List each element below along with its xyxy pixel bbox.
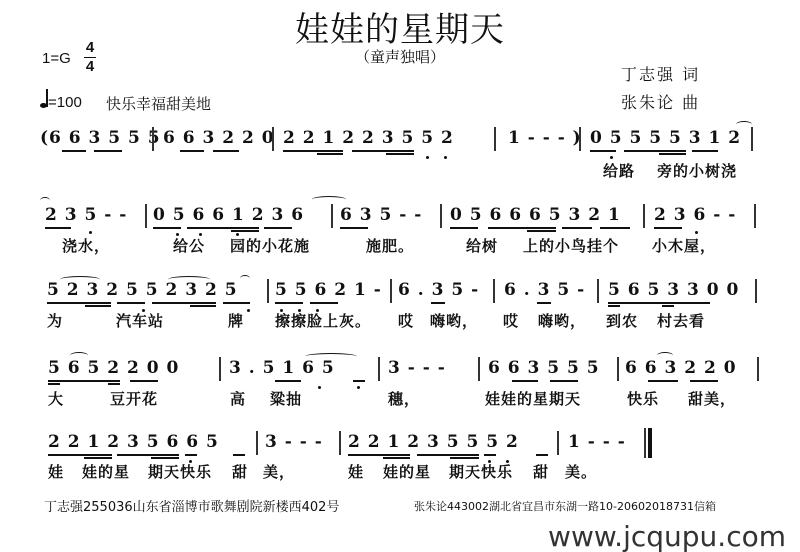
underline bbox=[85, 305, 111, 307]
lyric: 快乐 bbox=[627, 388, 659, 409]
underline bbox=[536, 454, 548, 456]
underline bbox=[153, 227, 181, 229]
lyric: 园的小花施 bbox=[230, 235, 310, 256]
low-octave-dot bbox=[610, 156, 613, 159]
lyric: 甜 bbox=[232, 461, 248, 482]
expression-marking: 快乐幸福甜美地 bbox=[106, 93, 211, 114]
underline bbox=[213, 150, 239, 152]
lyric: 哎 bbox=[503, 310, 519, 331]
lyric: 到农 bbox=[606, 310, 638, 331]
lyric: 穗， bbox=[388, 388, 420, 409]
final-barline-thin bbox=[644, 428, 646, 458]
underline bbox=[233, 454, 245, 456]
lyric: 给路 bbox=[603, 160, 635, 181]
underline bbox=[386, 153, 414, 155]
low-octave-dot bbox=[89, 231, 92, 234]
barline bbox=[579, 127, 581, 151]
key-signature: 1=G bbox=[42, 50, 71, 67]
tempo-marking: =100 bbox=[40, 93, 82, 111]
tie bbox=[305, 353, 357, 360]
lyric: 美， bbox=[263, 461, 295, 482]
underline bbox=[431, 302, 445, 304]
barline bbox=[219, 357, 221, 381]
lyric: 旁的小树浇 bbox=[657, 160, 737, 181]
lyric: 娃 bbox=[348, 461, 364, 482]
barline bbox=[339, 431, 341, 455]
underline bbox=[562, 227, 592, 229]
low-octave-dot bbox=[247, 309, 250, 312]
measure-notes: 0 5 5 5 5 3 1 2 bbox=[590, 128, 741, 148]
underline bbox=[340, 227, 368, 229]
underline bbox=[264, 227, 292, 229]
tie bbox=[168, 276, 210, 283]
underline bbox=[275, 380, 301, 382]
lyric: 粱抽 bbox=[270, 388, 302, 409]
lyric: 为 bbox=[47, 310, 63, 331]
underline bbox=[187, 227, 259, 229]
barline bbox=[378, 357, 380, 381]
underline bbox=[550, 380, 578, 382]
low-octave-dot bbox=[426, 156, 429, 159]
measure-notes: 6 6 3 5 5 5 bbox=[488, 358, 600, 378]
tie bbox=[70, 352, 88, 359]
barline bbox=[617, 357, 619, 381]
lyric: 期天快乐 bbox=[449, 461, 513, 482]
barline bbox=[751, 127, 753, 151]
measure-notes: 6 6 3 2 2 0 bbox=[163, 128, 275, 148]
measure-notes: 5 6 5 2 2 0 0 bbox=[48, 358, 179, 378]
tie bbox=[240, 275, 250, 282]
underline bbox=[94, 150, 122, 152]
song-title: 娃娃的星期天 bbox=[0, 2, 800, 51]
lyric: 给树 bbox=[466, 235, 498, 256]
lyric: 娃的星 bbox=[82, 461, 130, 482]
underline bbox=[590, 150, 616, 152]
underline bbox=[283, 150, 343, 152]
lyric: 小木屋， bbox=[652, 235, 716, 256]
underline bbox=[527, 230, 556, 232]
measure-notes: 6 6 3 2 2 0 bbox=[625, 358, 737, 378]
underline bbox=[662, 305, 674, 307]
underline bbox=[417, 454, 479, 456]
measure-notes: 6 . 3 5 - bbox=[504, 280, 585, 300]
measure-notes: 3 - - - bbox=[265, 432, 323, 452]
lyric: 娃娃的星期天 bbox=[485, 388, 581, 409]
measure-notes: 0 5 6 6 1 2 3 6 bbox=[153, 205, 304, 225]
measure-notes: 2 3 6 - - bbox=[654, 205, 736, 225]
lyric: 豆开花 bbox=[110, 388, 158, 409]
underline bbox=[654, 227, 682, 229]
underline bbox=[223, 302, 250, 304]
lyric: 村去看 bbox=[657, 310, 705, 331]
watermark: www.jcqupu.com bbox=[548, 520, 786, 552]
underline bbox=[608, 305, 620, 307]
barline bbox=[390, 279, 392, 303]
measure-notes: 1 - - - ) bbox=[508, 128, 582, 148]
tie bbox=[736, 121, 752, 128]
underline bbox=[600, 227, 630, 229]
underline bbox=[608, 302, 680, 304]
lyric: 嗨哟， bbox=[430, 310, 478, 331]
underline bbox=[185, 454, 197, 456]
low-octave-dot bbox=[318, 386, 321, 389]
measure-notes: (6 6 3 5 5 5 bbox=[40, 128, 161, 148]
final-barline-thick bbox=[648, 428, 652, 458]
underline bbox=[180, 150, 204, 152]
low-octave-dot bbox=[695, 231, 698, 234]
lyric: 甜 bbox=[533, 461, 549, 482]
underline bbox=[48, 380, 120, 382]
underline bbox=[45, 227, 71, 229]
lyric: 给公 bbox=[173, 235, 205, 256]
underline bbox=[353, 380, 365, 382]
measure-notes: 5 5 6 2 1 - bbox=[275, 280, 382, 300]
underline bbox=[348, 454, 410, 456]
underline bbox=[48, 454, 112, 456]
lyric: 高 bbox=[230, 388, 246, 409]
underline bbox=[648, 380, 678, 382]
measure-notes: 0 5 6 6 6 5 3 2 1 bbox=[450, 205, 621, 225]
lyric: 甜美， bbox=[688, 388, 736, 409]
barline bbox=[478, 357, 480, 381]
underline bbox=[47, 302, 111, 304]
measure-notes: 2 2 1 2 2 3 5 5 2 bbox=[283, 128, 454, 148]
underline bbox=[488, 227, 556, 229]
underline bbox=[383, 457, 410, 459]
tie bbox=[60, 276, 100, 283]
lyric: 嗨哟， bbox=[538, 310, 586, 331]
underline bbox=[659, 153, 686, 155]
lyric: 牌 bbox=[228, 310, 244, 331]
composer-address: 张朱论443002湖北省宜昌市东湖一路10-20602018731信箱 bbox=[414, 498, 716, 514]
underline bbox=[624, 150, 686, 152]
barline bbox=[145, 204, 147, 228]
barline bbox=[256, 431, 258, 455]
lyric: 娃 bbox=[48, 461, 64, 482]
underline bbox=[117, 302, 145, 304]
measure-notes: 2 2 1 2 3 5 5 5 2 bbox=[348, 432, 519, 452]
lyric: 期天快乐 bbox=[148, 461, 212, 482]
underline bbox=[275, 302, 303, 304]
measure-notes: 2 2 1 2 3 5 6 6 5 bbox=[48, 432, 219, 452]
measure-notes: 1 - - - bbox=[568, 432, 626, 452]
lyric: 施肥。 bbox=[366, 235, 414, 256]
lyric: 哎 bbox=[398, 310, 414, 331]
underline bbox=[450, 227, 478, 229]
lyricist-address: 丁志强255036山东省淄博市歌舞剧院新楼西402号 bbox=[44, 496, 339, 515]
barline bbox=[152, 127, 154, 151]
barline bbox=[272, 127, 274, 151]
underline bbox=[690, 380, 718, 382]
underline bbox=[108, 383, 120, 385]
underline bbox=[317, 153, 343, 155]
underline bbox=[537, 302, 551, 304]
lyric: 美。 bbox=[565, 461, 597, 482]
barline bbox=[755, 279, 757, 303]
tie bbox=[657, 352, 673, 359]
underline bbox=[231, 230, 259, 232]
underline bbox=[130, 380, 158, 382]
measure-notes: 2 3 5 - - bbox=[45, 205, 127, 225]
barline bbox=[557, 431, 559, 455]
quarter-note-icon bbox=[40, 93, 48, 109]
lyric: 上的小鸟挂个 bbox=[523, 235, 619, 256]
underline bbox=[352, 150, 414, 152]
barline bbox=[440, 204, 442, 228]
tempo-value: =100 bbox=[48, 94, 82, 111]
lyric: 汽车站 bbox=[116, 310, 164, 331]
low-octave-dot bbox=[357, 386, 360, 389]
lyricist-credit: 丁志强 词 bbox=[621, 62, 700, 85]
measure-notes: 3 - - - bbox=[388, 358, 446, 378]
barline bbox=[643, 204, 645, 228]
lyric: 擦擦脸上灰。 bbox=[275, 310, 371, 331]
tie bbox=[312, 196, 346, 203]
underline bbox=[310, 302, 338, 304]
composer-credit: 张朱论 曲 bbox=[621, 90, 700, 113]
underline bbox=[484, 454, 496, 456]
barline bbox=[757, 357, 759, 381]
barline bbox=[331, 204, 333, 228]
tie bbox=[40, 197, 50, 204]
barline bbox=[494, 127, 496, 151]
measure-notes: 5 2 3 2 5 5 2 3 2 5 bbox=[47, 280, 238, 300]
barline bbox=[267, 279, 269, 303]
barline bbox=[493, 279, 495, 303]
measure-notes: 5 6 5 3 3 0 0 bbox=[608, 280, 739, 300]
measure-notes: 6 . 3 5 - bbox=[398, 280, 479, 300]
underline bbox=[190, 305, 216, 307]
barline bbox=[754, 204, 756, 228]
lyric: 娃的星 bbox=[383, 461, 431, 482]
underline bbox=[680, 302, 710, 304]
lyric: 大 bbox=[48, 388, 64, 409]
time-signature-top: 4 bbox=[84, 40, 96, 56]
underline bbox=[117, 454, 179, 456]
time-signature: 4 4 bbox=[84, 40, 96, 75]
time-signature-bottom: 4 bbox=[84, 59, 96, 75]
measure-notes: 3 . 5 1 6 5 bbox=[229, 358, 335, 378]
underline bbox=[48, 383, 60, 385]
lyric: 浇水， bbox=[62, 235, 110, 256]
underline bbox=[450, 457, 479, 459]
underline bbox=[692, 150, 718, 152]
underline bbox=[152, 302, 216, 304]
barline bbox=[597, 279, 599, 303]
underline bbox=[62, 150, 86, 152]
underline bbox=[512, 380, 538, 382]
measure-notes: 6 3 5 - - bbox=[340, 205, 422, 225]
underline bbox=[151, 457, 179, 459]
underline bbox=[84, 457, 112, 459]
low-octave-dot bbox=[444, 156, 447, 159]
